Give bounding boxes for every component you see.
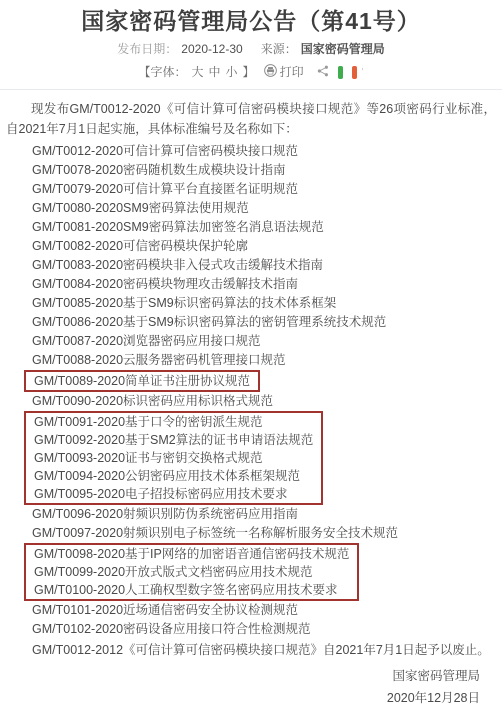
standard-item: GM/T0092-2020基于SM2算法的证书申请语法规范	[26, 431, 321, 449]
closing-paragraph: GM/T0012-2012《可信计算可信密码模块接口规范》自2021年7月1日起…	[32, 641, 496, 660]
standard-item: GM/T0081-2020SM9密码算法加密签名消息语法规范	[24, 218, 496, 237]
standard-item: GM/T0012-2020可信计算可信密码模块接口规范	[24, 142, 496, 161]
toolbar: 【字体： 大 中 小 】 打印	[0, 64, 502, 81]
standard-item: GM/T0091-2020基于口令的密钥派生规范	[26, 413, 321, 431]
standard-item: GM/T0099-2020开放式版式文档密码应用技术规范	[26, 563, 357, 581]
standard-item: GM/T0101-2020近场通信密码安全协议检测规范	[24, 601, 496, 620]
source-label: 来源：	[261, 42, 297, 57]
standard-item: GM/T0096-2020射频识别防伪系统密码应用指南	[24, 505, 496, 524]
standard-item: GM/T0098-2020基于IP网络的加密语音通信密码技术规范	[26, 545, 357, 563]
standard-item: GM/T0082-2020可信密码模块保护轮廓	[24, 237, 496, 256]
announcement-page: 国家密码管理局公告（第41号） 发布日期： 2020-12-30 来源： 国家密…	[0, 0, 502, 705]
doc-body: 现发布GM/T0012-2020《可信计算可信密码模块接口规范》等26项密码行业…	[0, 99, 502, 705]
standard-item: GM/T0095-2020电子招投标密码应用技术要求	[26, 485, 321, 503]
standard-item: GM/T0102-2020密码设备应用接口符合性检测规范	[24, 620, 496, 639]
highlight-box-box2: GM/T0091-2020基于口令的密钥派生规范GM/T0092-2020基于S…	[24, 411, 323, 505]
signature-block: 国家密码管理局 2020年12月28日	[6, 667, 496, 705]
publish-date-label: 发布日期：	[117, 42, 177, 57]
standard-item: GM/T0079-2020可信计算平台直接匿名证明规范	[24, 180, 496, 199]
font-switch-prefix: 【字体：	[138, 65, 186, 80]
print-button[interactable]: 打印	[264, 64, 304, 81]
font-size-switch: 【字体： 大 中 小 】	[138, 65, 254, 80]
standards-list: GM/T0012-2020可信计算可信密码模块接口规范GM/T0078-2020…	[24, 142, 496, 639]
standard-item: GM/T0083-2020密码模块非入侵式攻击缓解技术指南	[24, 256, 496, 275]
standard-item: GM/T0093-2020证书与密钥交换格式规范	[26, 449, 321, 467]
print-label: 打印	[280, 65, 304, 80]
font-switch-suffix: 】	[243, 65, 255, 80]
standard-item: GM/T0089-2020简单证书注册协议规范	[26, 372, 258, 390]
doc-header: 国家密码管理局公告（第41号） 发布日期： 2020-12-30 来源： 国家密…	[0, 0, 502, 81]
font-size-large[interactable]: 大	[192, 65, 204, 80]
publish-date-value: 2020-12-30	[181, 42, 242, 57]
standard-item: GM/T0086-2020基于SM9标识密码算法的密钥管理系统技术规范	[24, 313, 496, 332]
standard-item: GM/T0097-2020射频识别电子标签统一名称解析服务安全技术规范	[24, 524, 496, 543]
font-size-medium[interactable]: 中	[209, 65, 221, 80]
standard-item: GM/T0090-2020标识密码应用标识格式规范	[24, 392, 496, 411]
standard-item: GM/T0080-2020SM9密码算法使用规范	[24, 199, 496, 218]
header-divider	[0, 89, 502, 90]
signature-date: 2020年12月28日	[6, 689, 480, 705]
standard-item: GM/T0084-2020密码模块物理攻击缓解技术指南	[24, 275, 496, 294]
meta-line: 发布日期： 2020-12-30 来源： 国家密码管理局	[0, 42, 502, 57]
share-nodes-icon	[317, 65, 329, 81]
weibo-share-bar[interactable]	[352, 66, 357, 79]
standard-item: GM/T0094-2020公钥密码应用技术体系框架规范	[26, 467, 321, 485]
standard-item: GM/T0087-2020浏览器密码应用接口规范	[24, 332, 496, 351]
share-button[interactable]	[317, 65, 329, 81]
intro-paragraph: 现发布GM/T0012-2020《可信计算可信密码模块接口规范》等26项密码行业…	[6, 99, 496, 139]
standard-item: GM/T0100-2020人工确权型数字签名密码应用技术要求	[26, 581, 357, 599]
highlight-box-box1: GM/T0089-2020简单证书注册协议规范	[24, 370, 260, 392]
source-value: 国家密码管理局	[301, 42, 385, 57]
highlight-box-box3: GM/T0098-2020基于IP网络的加密语音通信密码技术规范GM/T0099…	[24, 543, 359, 601]
signature-org: 国家密码管理局	[6, 667, 480, 686]
standard-item: GM/T0088-2020云服务器密码机管理接口规范	[24, 351, 496, 370]
tick-mark: '	[362, 65, 364, 80]
standard-item: GM/T0085-2020基于SM9标识密码算法的技术体系框架	[24, 294, 496, 313]
printer-icon	[264, 64, 277, 81]
page-title: 国家密码管理局公告（第41号）	[0, 8, 502, 34]
standard-item: GM/T0078-2020密码随机数生成模块设计指南	[24, 161, 496, 180]
wechat-share-bar[interactable]	[338, 66, 343, 79]
font-size-small[interactable]: 小	[226, 65, 238, 80]
